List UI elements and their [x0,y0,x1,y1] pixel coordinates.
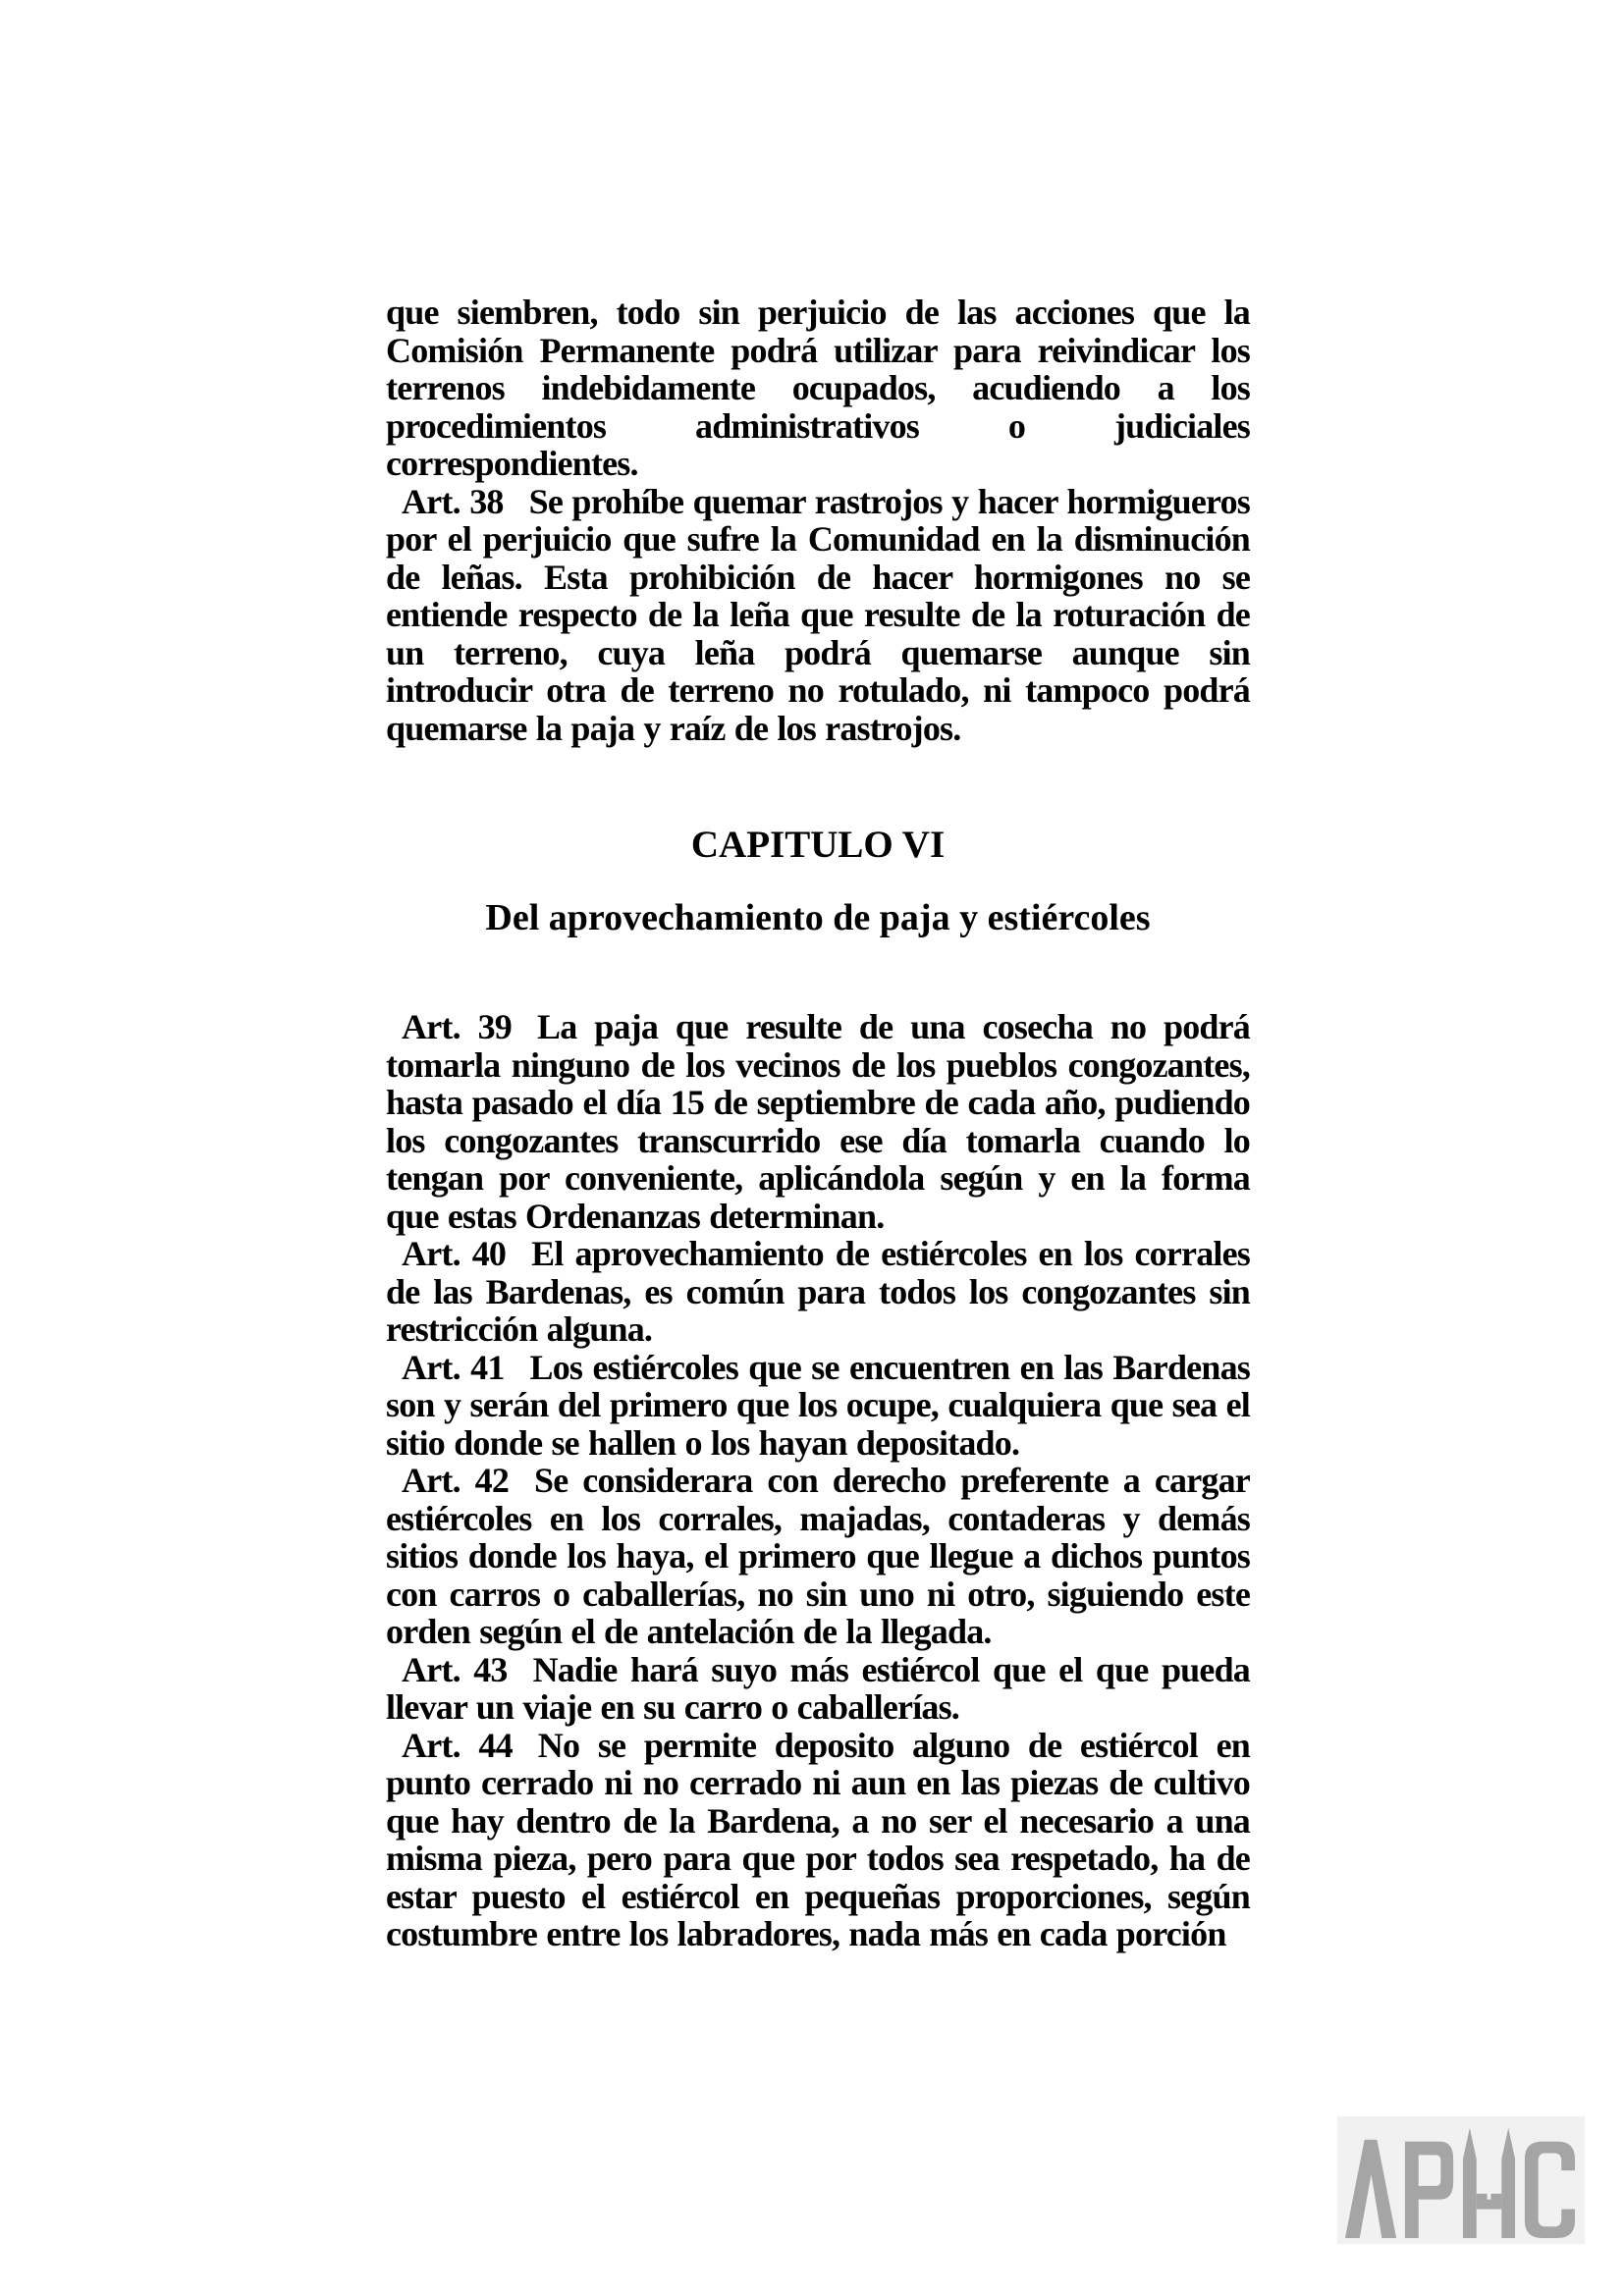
letter-p [1405,2142,1453,2238]
article-number-label: Art. 42 [402,1461,509,1500]
aphc-logo-icon [1345,2122,1577,2238]
letter-c [1525,2142,1575,2238]
document-page: que siembren, todo sin perjuicio de las … [0,0,1624,2296]
chapter-heading: CAPITULO VI [386,826,1250,865]
text-column: que siembren, todo sin perjuicio de las … [386,294,1250,1953]
letter-h-right-spire [1501,2128,1515,2238]
paragraph-art-38: Art. 38Se prohíbe quemar rastrojos y hac… [386,483,1250,748]
paragraph-continuation: que siembren, todo sin perjuicio de las … [386,294,1250,483]
paragraph-art-39: Art. 39La paja que resulte de una cosech… [386,1008,1250,1235]
article-number-label: Art. 43 [402,1650,508,1689]
article-number-label: Art. 44 [402,1726,513,1765]
paragraph-art-40: Art. 40El aprovechamiento de estiércoles… [386,1235,1250,1349]
article-number-label: Art. 39 [402,1007,512,1046]
aphc-watermark [1337,2116,1585,2244]
article-number-label: Art. 41 [402,1348,505,1387]
chapter-subtitle: Del aprovechamiento de paja y estiércole… [386,898,1250,937]
paragraph-art-42: Art. 42Se considerara con derecho prefer… [386,1462,1250,1651]
paragraph-art-43: Art. 43Nadie hará suyo más estiércol que… [386,1651,1250,1727]
article-number-label: Art. 38 [402,482,504,521]
paragraph-art-44: Art. 44No se permite deposito alguno de … [386,1727,1250,1953]
letter-a [1345,2140,1396,2238]
letter-h-crossbar [1477,2194,1502,2210]
paragraph-art-41: Art. 41Los estiércoles que se encuentren… [386,1349,1250,1463]
article-number-label: Art. 40 [402,1234,506,1273]
letter-h-left-spire [1463,2128,1477,2238]
